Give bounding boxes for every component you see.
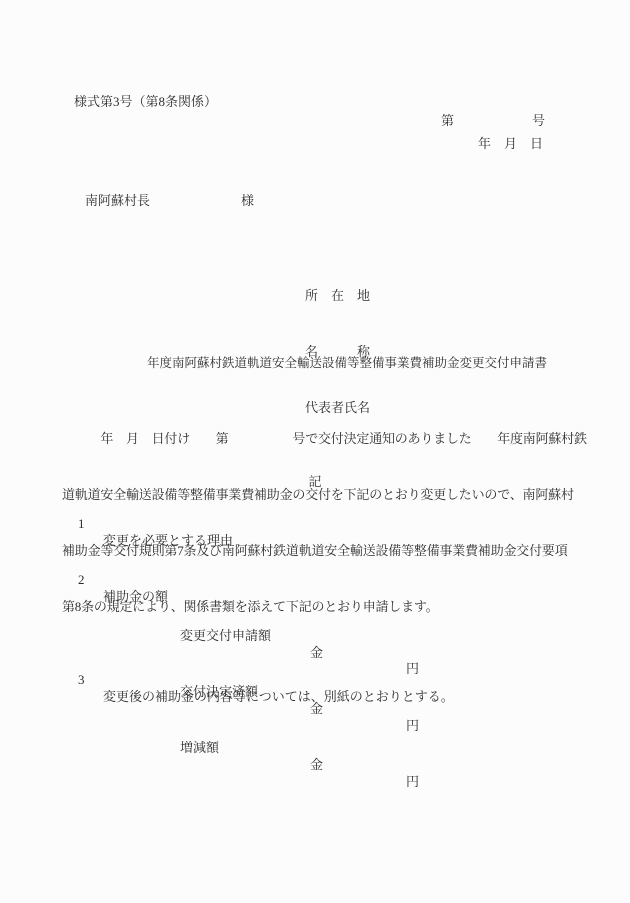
applicant-address-label: 所 在 地 <box>305 288 370 311</box>
record-mark: 記 <box>0 474 630 491</box>
currency-prefix: 金 <box>310 645 323 662</box>
form-number-label: 様式第3号（第8条関係） <box>74 94 217 111</box>
amount-table: 変更交付申請額 金 円 交付決定済額 金 円 増減額 金 円 <box>180 577 500 780</box>
document-page: 様式第3号（第8条関係） 第 号 年 月 日 南阿蘇村長 様 所 在 地 名 称… <box>0 0 630 903</box>
list-item-3: 3 変更後の補助金の内容等については、別紙のとおりとする。 <box>0 655 13 723</box>
currency-suffix: 円 <box>406 774 419 791</box>
date-line: 年 月 日 <box>478 136 543 153</box>
item-number: 1 <box>78 516 85 533</box>
document-number-line: 第 号 <box>441 113 545 130</box>
amount-row: 交付決定済額 金 円 <box>180 667 500 690</box>
addressee-line: 南阿蘇村長 様 <box>85 193 254 210</box>
item-number: 3 <box>78 672 85 689</box>
amount-label: 増減額 <box>180 740 219 757</box>
item-number: 2 <box>78 572 85 589</box>
amount-row: 増減額 金 円 <box>180 723 500 746</box>
list-item-2: 2 補助金の額 <box>0 555 13 623</box>
item-text: 変更後の補助金の内容等については、別紙のとおりとする。 <box>103 689 454 706</box>
body-line: 年 月 日付け 第 号で交付決定通知のありました 年度南阿蘇村鉄 <box>62 431 582 453</box>
amount-label: 変更交付申請額 <box>180 628 271 645</box>
item-text: 補助金の額 <box>103 589 168 606</box>
currency-prefix: 金 <box>310 757 323 774</box>
document-title: 年度南阿蘇村鉄道軌道安全輸送設備等整備事業費補助金変更交付申請書 <box>147 355 547 371</box>
amount-row: 変更交付申請額 金 円 <box>180 611 500 634</box>
item-text: 変更を必要とする理由 <box>103 533 233 550</box>
